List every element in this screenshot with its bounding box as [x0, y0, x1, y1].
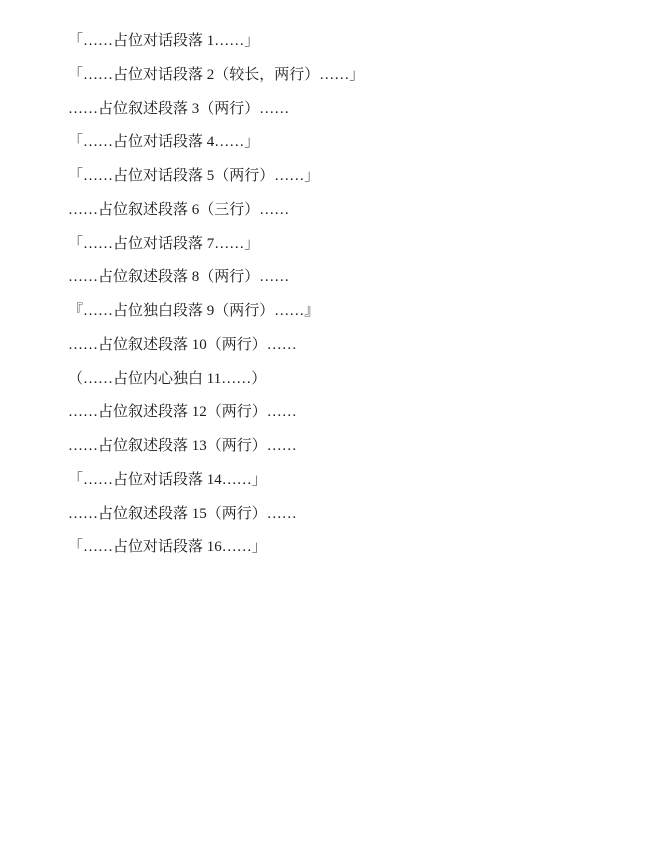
paragraph: ……占位叙述段落 8（两行）…… [38, 264, 612, 292]
paragraph: 「……占位对话段落 5（两行）……」 [38, 163, 612, 191]
paragraph: 「……占位对话段落 14……」 [38, 467, 612, 495]
paragraph: 「……占位对话段落 4……」 [38, 129, 612, 157]
paragraph: 「……占位对话段落 2（较长，两行）……」 [38, 62, 612, 90]
paragraph: 「……占位对话段落 16……」 [38, 534, 612, 562]
paragraph: 「……占位对话段落 7……」 [38, 231, 612, 259]
paragraph: ……占位叙述段落 6（三行）…… [38, 197, 612, 225]
paragraph: ……占位叙述段落 15（两行）…… [38, 501, 612, 529]
paragraph: ……占位叙述段落 13（两行）…… [38, 433, 612, 461]
paragraph: 「……占位对话段落 1……」 [38, 28, 612, 56]
paragraph: ……占位叙述段落 3（两行）…… [38, 96, 612, 124]
paragraph: ……占位叙述段落 12（两行）…… [38, 399, 612, 427]
document-page: 「……占位对话段落 1……」「……占位对话段落 2（较长，两行）……」……占位叙… [0, 0, 650, 850]
paragraph: （……占位内心独白 11……） [38, 366, 612, 394]
paragraph: 『……占位独白段落 9（两行）……』 [38, 298, 612, 326]
paragraph: ……占位叙述段落 10（两行）…… [38, 332, 612, 360]
